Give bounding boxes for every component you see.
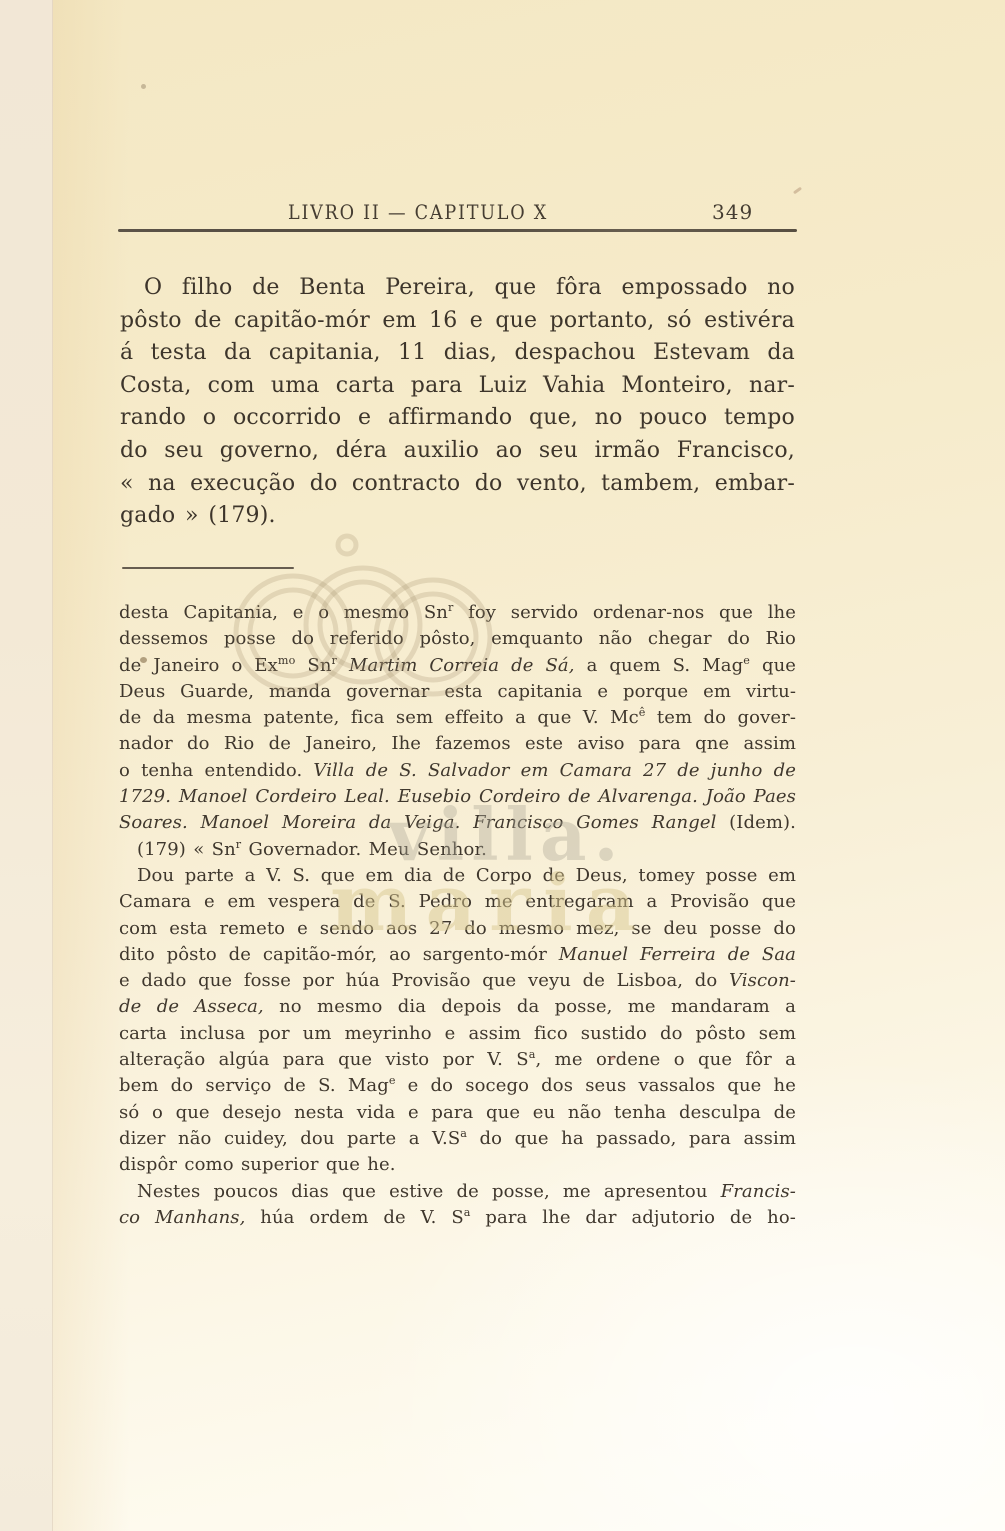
footnote-line: de de Asseca, no mesmo dia depois da pos… xyxy=(119,994,796,1020)
footnote-line: com esta remeto e sendo aos 27 do mesmo … xyxy=(119,916,796,942)
paragraph-line: « na execução do contracto do vento, tam… xyxy=(120,468,795,501)
footnote-line: dispôr como superior que he. xyxy=(119,1152,796,1178)
footnote-line: Dou parte a V. S. que em dia de Corpo de… xyxy=(119,863,796,889)
paragraph-line: Costa, com uma carta para Luiz Vahia Mon… xyxy=(120,370,795,403)
chapter-title: LIVRO II — CAPITULO X xyxy=(288,200,548,224)
scanned-book-page: LIVRO II — CAPITULO X 349 O filho de Ben… xyxy=(0,0,1005,1531)
footnote-line: co Manhans, húa ordem de V. Sa para lhe … xyxy=(119,1205,796,1231)
footnote-line: desta Capitania, e o mesmo Snr foy servi… xyxy=(119,600,796,626)
paragraph-line: á testa da capitania, 11 dias, despachou… xyxy=(120,337,795,370)
paragraph-line: pôsto de capitão-mór em 16 e que portant… xyxy=(120,305,795,338)
footnote-line: de Janeiro o Exmo Snr Martim Correia de … xyxy=(119,653,796,679)
footnote-line: dito pôsto de capitão-mór, ao sargento-m… xyxy=(119,942,796,968)
running-head: LIVRO II — CAPITULO X 349 xyxy=(0,200,1005,226)
footnote-line: (179) « Snr Governador. Meu Senhor. xyxy=(119,837,796,863)
footnote-line: de da mesma patente, fica sem effeito a … xyxy=(119,705,796,731)
header-rule xyxy=(118,229,797,232)
stain-speck xyxy=(793,187,802,195)
stain-speck xyxy=(141,84,146,89)
footnote-line: Camara e em vespera de S. Pedro me entre… xyxy=(119,889,796,915)
footnote-line: o tenha entendido. Villa de S. Salvador … xyxy=(119,758,796,784)
paragraph-line: gado » (179). xyxy=(120,500,795,533)
footnote-line: 1729. Manoel Cordeiro Leal. Eusebio Cord… xyxy=(119,784,796,810)
page-number: 349 xyxy=(712,200,753,224)
paragraph-line: do seu governo, déra auxilio ao seu irmã… xyxy=(120,435,795,468)
stain-speck xyxy=(610,1056,615,1060)
footnote-separator xyxy=(122,567,294,569)
paragraph-line: rando o occorrido e affirmando que, no p… xyxy=(120,402,795,435)
footnote-line: só o que desejo nesta vida e para que eu… xyxy=(119,1100,796,1126)
footnote-line: Nestes poucos dias que estive de posse, … xyxy=(119,1179,796,1205)
left-page-edge xyxy=(0,0,53,1531)
paragraph-line: O filho de Benta Pereira, que fôra empos… xyxy=(120,272,795,305)
footnote-line: dessemos posse do referido pôsto, emquan… xyxy=(119,626,796,652)
body-paragraph: O filho de Benta Pereira, que fôra empos… xyxy=(120,272,795,533)
footnote-line: dizer não cuidey, dou parte a V.Sa do qu… xyxy=(119,1126,796,1152)
footnote-line: e dado que fosse por húa Provisão que ve… xyxy=(119,968,796,994)
stain-speck xyxy=(140,657,147,663)
footnote-line: bem do serviço de S. Mage e do socego do… xyxy=(119,1073,796,1099)
footnote-block: desta Capitania, e o mesmo Snr foy servi… xyxy=(119,600,796,1231)
footnote-line: Soares. Manoel Moreira da Veiga. Francis… xyxy=(119,810,796,836)
footnote-line: Deus Guarde, manda governar esta capitan… xyxy=(119,679,796,705)
footnote-line: carta inclusa por um meyrinho e assim fi… xyxy=(119,1021,796,1047)
footnote-line: alteração algúa para que visto por V. Sa… xyxy=(119,1047,796,1073)
footnote-line: nador do Rio de Janeiro, Ihe fazemos est… xyxy=(119,731,796,757)
